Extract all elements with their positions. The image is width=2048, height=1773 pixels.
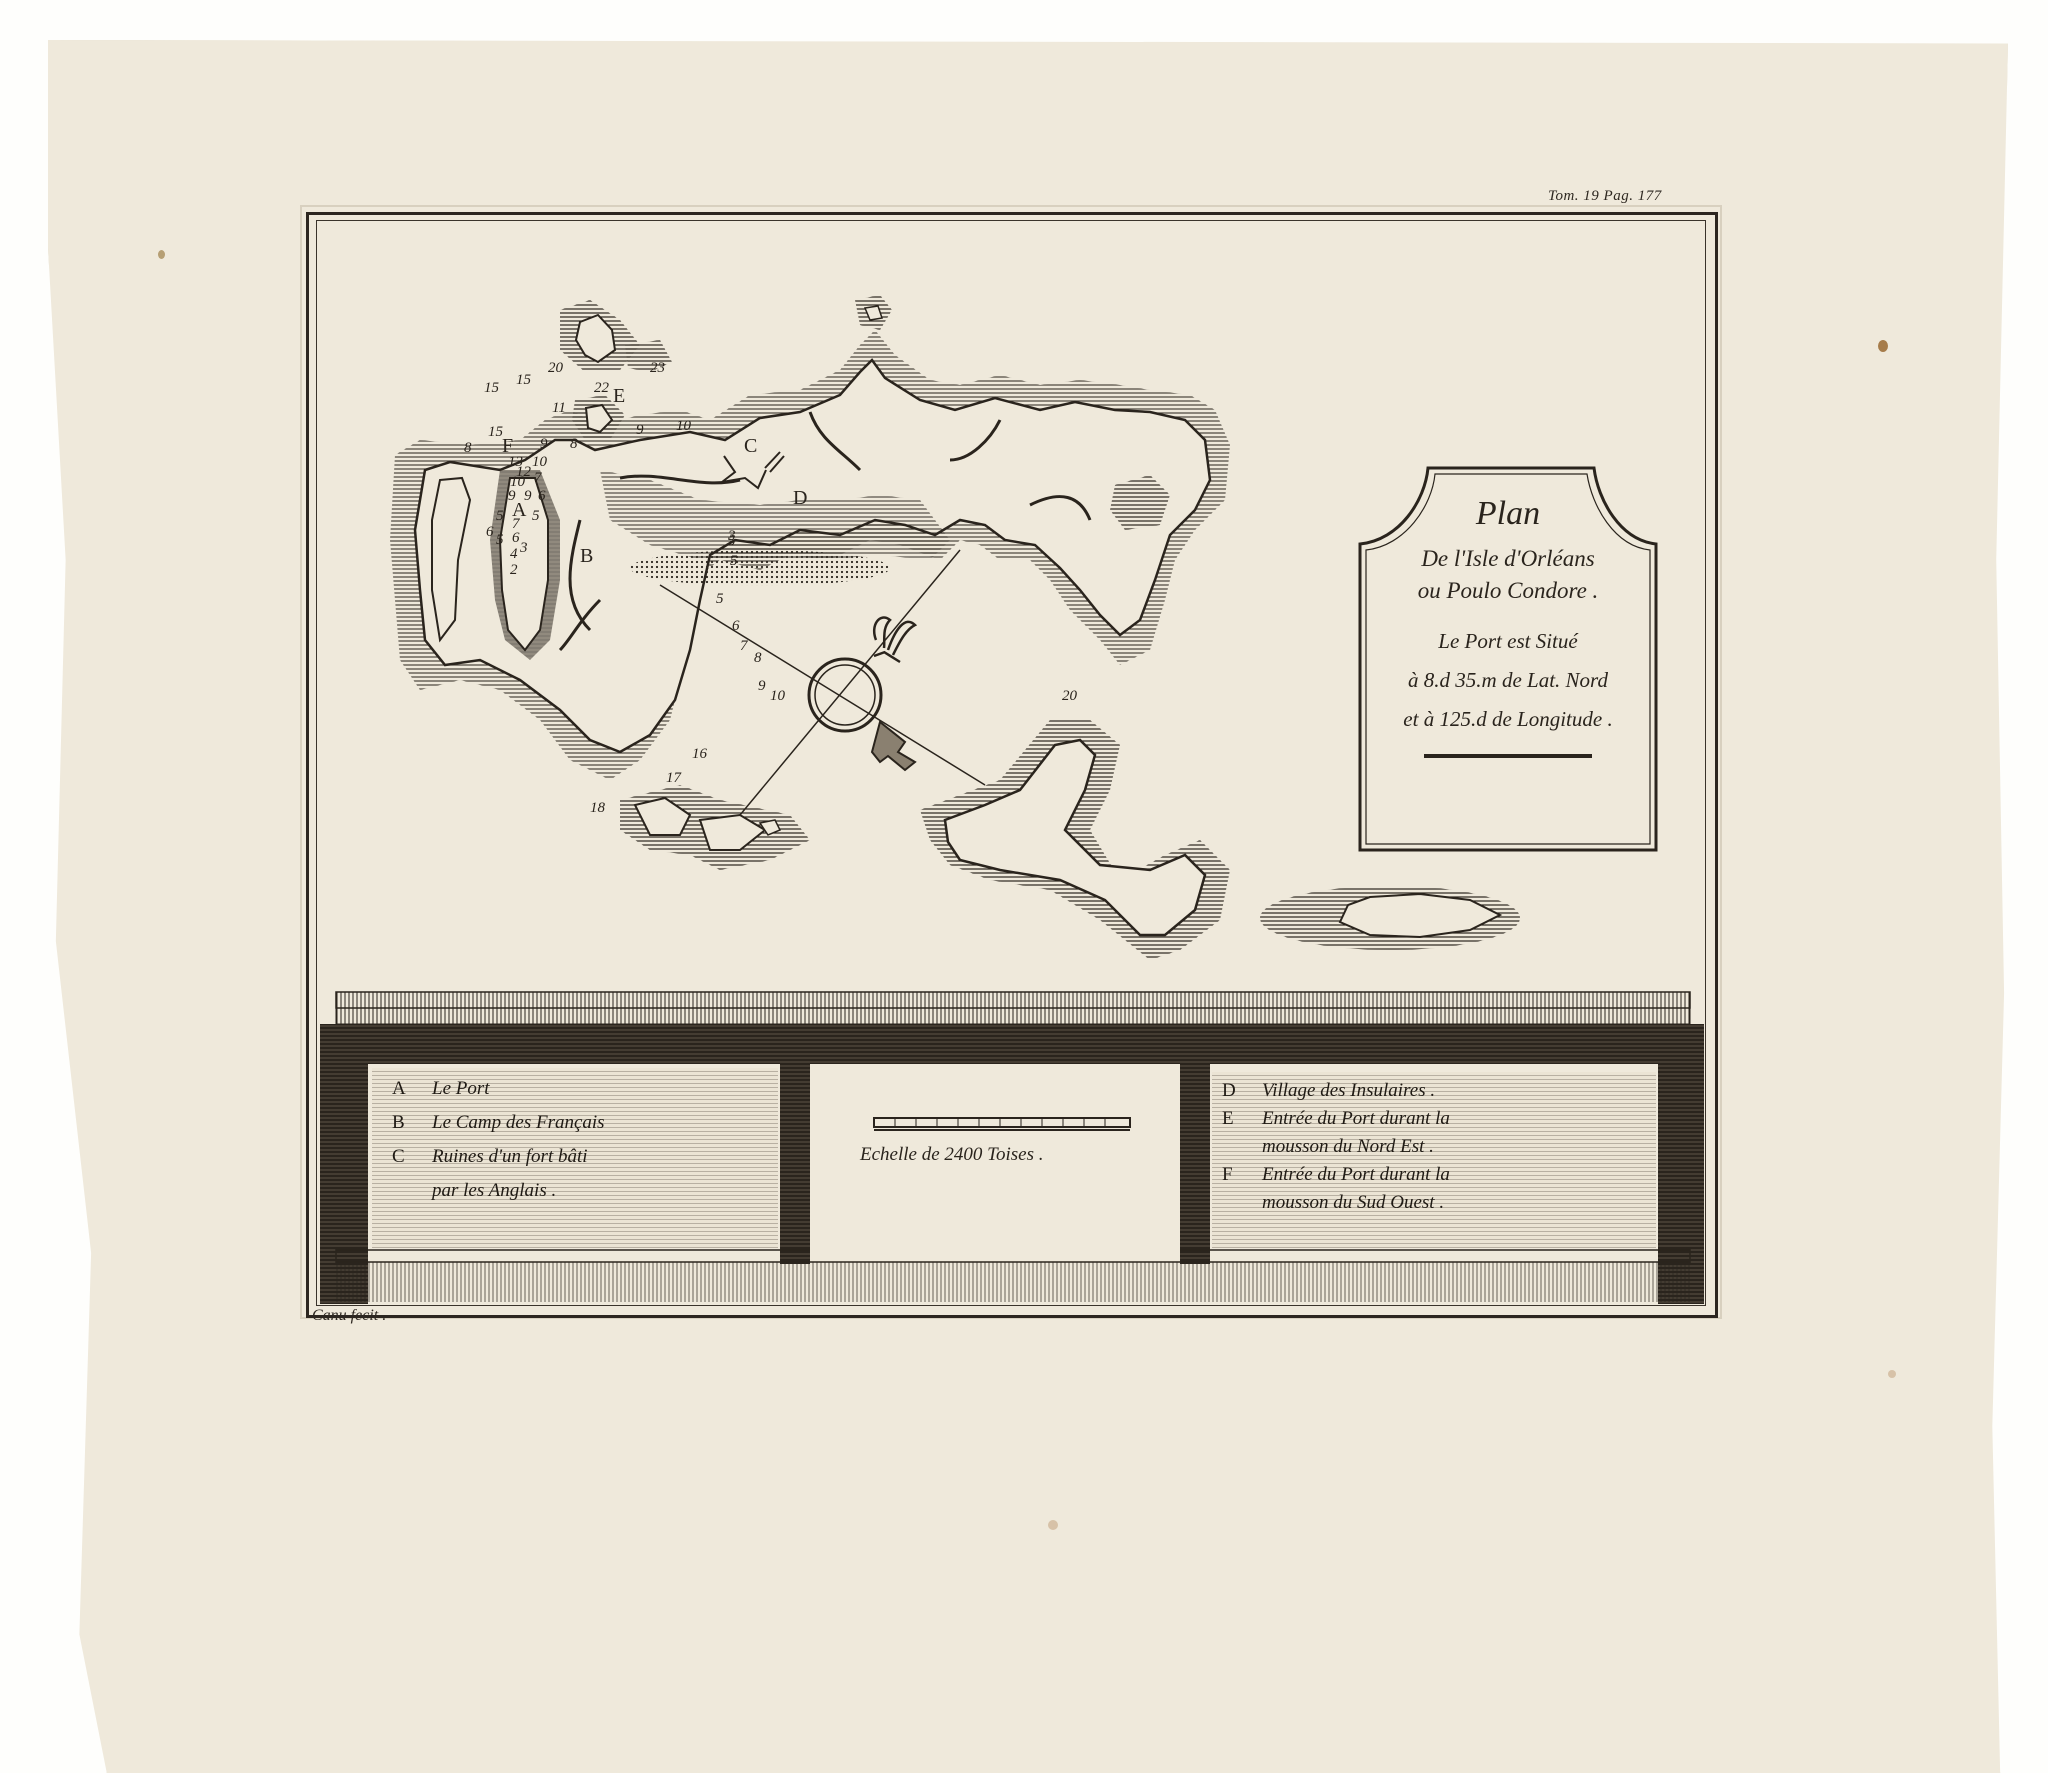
- svg-text:A: A: [512, 499, 527, 521]
- southwest-islands: [620, 785, 810, 870]
- svg-text:23: 23: [650, 360, 665, 376]
- legend-item-f-cont: mousson du Sud Ouest .: [1222, 1192, 1444, 1214]
- svg-text:3: 3: [727, 528, 736, 544]
- svg-text:D: D: [793, 487, 807, 509]
- svg-text:18: 18: [590, 800, 606, 816]
- legend-item-e: EEntrée du Port durant la: [1222, 1108, 1450, 1130]
- shoal-stipple: [630, 550, 890, 586]
- legend-item-b: BLe Camp des Français: [392, 1112, 605, 1134]
- svg-text:20: 20: [1062, 688, 1078, 704]
- svg-text:5: 5: [496, 508, 504, 524]
- svg-text:9: 9: [636, 422, 644, 438]
- svg-text:3: 3: [519, 540, 528, 556]
- svg-text:20: 20: [548, 360, 564, 376]
- port-position-intro: Le Port est Situé: [1356, 629, 1660, 654]
- svg-text:5: 5: [716, 591, 724, 607]
- svg-text:5: 5: [730, 553, 738, 569]
- port-latitude: à 8.d 35.m de Lat. Nord: [1356, 668, 1660, 693]
- legend-item-c-cont: par les Anglais .: [392, 1180, 556, 1202]
- svg-text:6: 6: [538, 488, 546, 504]
- svg-text:9: 9: [540, 436, 548, 452]
- svg-text:C: C: [744, 435, 757, 457]
- legend-item-d: DVillage des Insulaires .: [1222, 1080, 1435, 1102]
- svg-text:10: 10: [532, 454, 548, 470]
- foxing-spot: [158, 250, 165, 259]
- svg-text:9: 9: [758, 678, 766, 694]
- svg-text:5: 5: [496, 532, 504, 548]
- svg-text:8: 8: [570, 436, 578, 452]
- cartouche-rule: [1424, 754, 1592, 758]
- foxing-spot: [1878, 340, 1888, 352]
- map-subtitle-line1: De l'Isle d'Orléans: [1356, 543, 1660, 575]
- svg-text:4: 4: [510, 546, 518, 562]
- legend-item-f: FEntrée du Port durant la: [1222, 1164, 1450, 1186]
- title-cartouche: Plan De l'Isle d'Orléans ou Poulo Condor…: [1356, 464, 1660, 758]
- svg-text:8: 8: [754, 650, 762, 666]
- map-title: Plan: [1356, 497, 1660, 531]
- svg-text:15: 15: [516, 372, 532, 388]
- svg-text:15: 15: [484, 380, 500, 396]
- svg-text:11: 11: [552, 400, 566, 416]
- foxing-spot: [1888, 1370, 1896, 1378]
- svg-text:7: 7: [740, 638, 749, 654]
- svg-text:22: 22: [594, 380, 610, 396]
- foxing-spot: [1048, 1520, 1058, 1530]
- page-reference: Tom. 19 Pag. 177: [1548, 188, 1662, 205]
- svg-text:16: 16: [692, 746, 708, 762]
- svg-text:E: E: [613, 385, 625, 407]
- oval-islet: [1260, 886, 1520, 950]
- scale-label: Echelle de 2400 Toises .: [860, 1144, 1043, 1166]
- svg-text:17: 17: [666, 770, 683, 786]
- legend-item-e-cont: mousson du Nord Est .: [1222, 1136, 1434, 1158]
- engraver-credit: Canu fecit .: [312, 1307, 386, 1325]
- svg-text:8: 8: [464, 440, 472, 456]
- map-subtitle-line2: ou Poulo Condore .: [1356, 575, 1660, 607]
- legend-item-a: ALe Port: [392, 1078, 490, 1100]
- svg-text:5: 5: [532, 508, 540, 524]
- port-longitude: et à 125.d de Longitude .: [1356, 707, 1660, 732]
- svg-text:6: 6: [732, 618, 740, 634]
- svg-text:6: 6: [486, 524, 494, 540]
- svg-text:10: 10: [676, 418, 692, 434]
- svg-text:10: 10: [770, 688, 786, 704]
- compass-rose: [660, 550, 985, 815]
- svg-text:2: 2: [510, 562, 518, 578]
- svg-text:F: F: [502, 435, 513, 457]
- svg-text:6: 6: [512, 530, 520, 546]
- legend-item-c: CRuines d'un fort bâti: [392, 1146, 588, 1168]
- southeast-island: [920, 720, 1230, 960]
- svg-text:B: B: [580, 545, 593, 567]
